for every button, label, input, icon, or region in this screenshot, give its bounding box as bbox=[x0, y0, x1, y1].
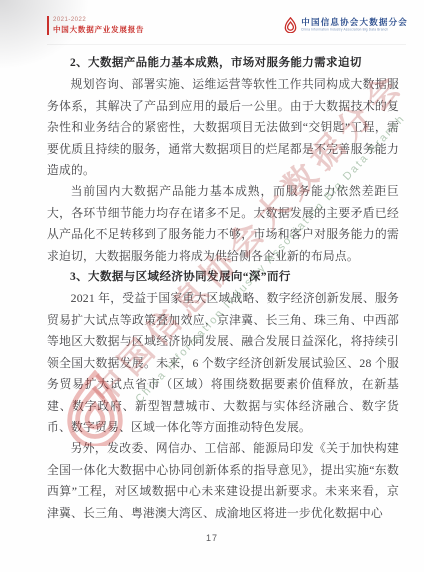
document-page: 2021-2022 中国大数据产业发展报告 中国信息协会大数据分会 China … bbox=[0, 0, 424, 572]
paragraph: 规划咨询、部署实施、运维运营等软性工作共同构成大数据服务体系，其解决了产品到应用… bbox=[47, 74, 399, 181]
section-heading-2: 2、大数据产品能力基本成熟，市场对服务能力需求迫切 bbox=[47, 53, 399, 74]
page-number: 17 bbox=[0, 533, 424, 543]
document-body: 2、大数据产品能力基本成熟，市场对服务能力需求迫切 规划咨询、部署实施、运维运营… bbox=[47, 53, 399, 524]
org-name-block: 中国信息协会大数据分会 China Information Industry A… bbox=[301, 17, 408, 33]
report-title-block: 2021-2022 中国大数据产业发展报告 bbox=[47, 16, 144, 35]
paragraph: 当前国内大数据产品能力基本成熟，而服务能力依然差距巨大，各环节细节能力均存在诸多… bbox=[47, 181, 399, 267]
org-logo-block: 中国信息协会大数据分会 China Information Industry A… bbox=[284, 17, 408, 33]
org-name-english: China Information Industry Association B… bbox=[301, 28, 397, 33]
org-name: 中国信息协会大数据分会 bbox=[301, 17, 408, 28]
paragraph: 另外，发改委、网信办、工信部、能源局印发《关于加快构建全国一体化大数据中心协同创… bbox=[47, 438, 399, 524]
report-years: 2021-2022 bbox=[53, 16, 144, 24]
flame-logo-icon bbox=[284, 17, 297, 33]
report-title: 中国大数据产业发展报告 bbox=[53, 24, 144, 35]
header-divider bbox=[47, 44, 406, 45]
section-heading-3: 3、大数据与区域经济协同发展向“深”而行 bbox=[47, 267, 399, 288]
header-accent-bar bbox=[47, 16, 49, 35]
paragraph: 2021 年，受益于国家重大区域战略、数字经济创新发展、服务贸易扩大试点等政策叠… bbox=[47, 288, 399, 438]
report-title-text: 2021-2022 中国大数据产业发展报告 bbox=[53, 16, 144, 35]
